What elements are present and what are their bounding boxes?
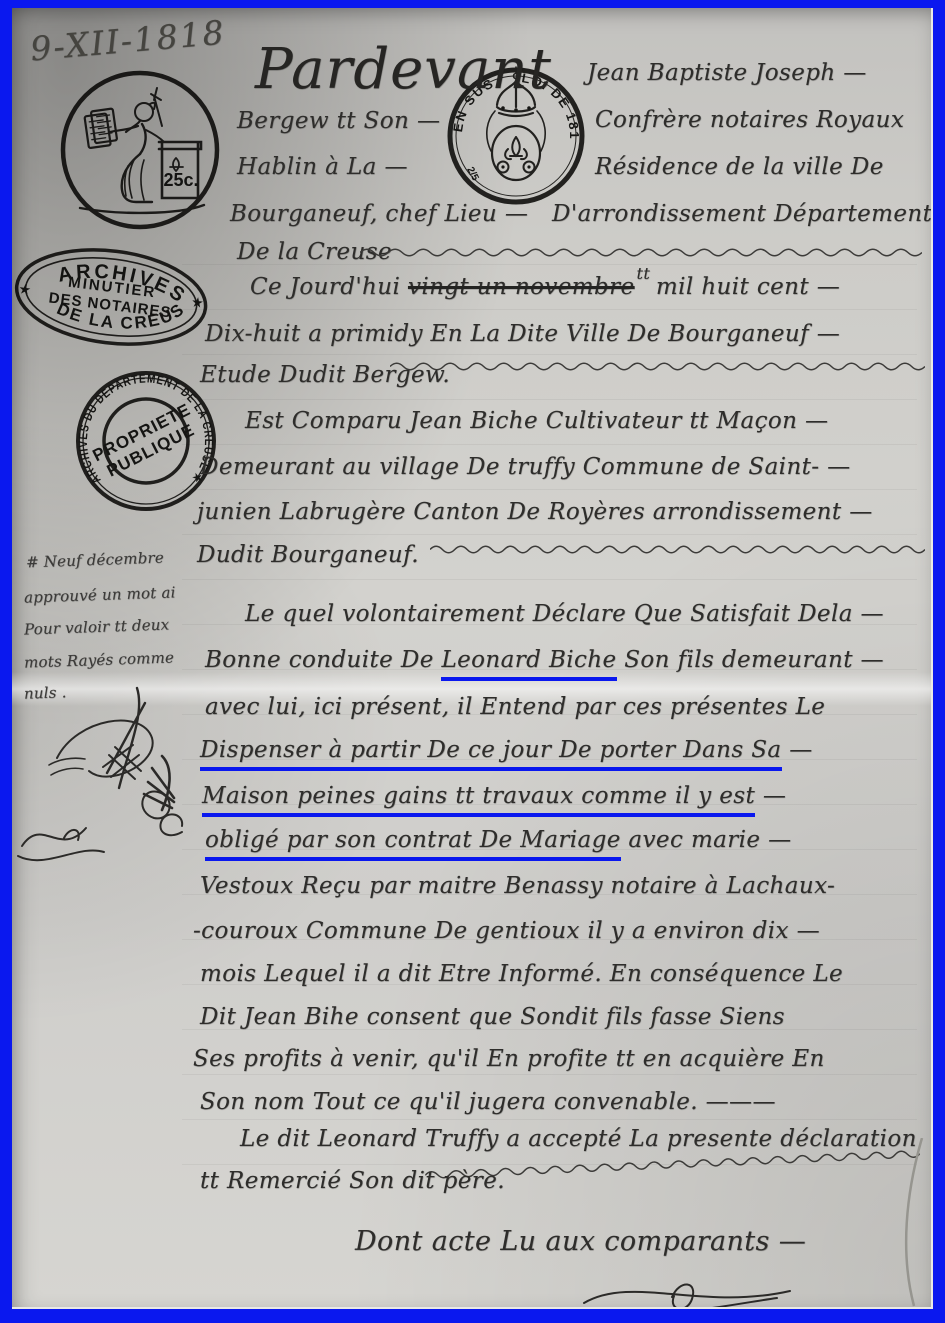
body-line: tt Remercié Son dit père. <box>200 1170 505 1193</box>
body-line: Le dit Leonard Truffy a accepté La prese… <box>240 1128 917 1151</box>
line-post: avec marie — <box>621 827 792 853</box>
timbre-fiscal-stamp: 25c. <box>58 68 222 232</box>
body-line: Demeurant au village De truffy Commune d… <box>200 456 851 479</box>
blue-underlined-name: Leonard Biche <box>441 649 616 681</box>
pencil-guide-lines <box>182 264 917 1176</box>
paper-sheet: 9-XII-1818 25c. EN SUS LOI DE 1816. <box>12 8 933 1309</box>
head-left-line: Hablin à La — <box>237 156 408 179</box>
head-left-line: Bergew tt Son — <box>237 110 440 133</box>
body-line: avec lui, ici présent, il Entend par ces… <box>205 696 825 719</box>
date-line-post: mil huit cent — <box>648 274 840 300</box>
law-tablets <box>84 108 118 148</box>
oval-stamp-star-right: ★ <box>191 295 204 310</box>
signature-flourish <box>572 1263 802 1309</box>
body-line-with-underline: obligé par son contrat De Mariage avec m… <box>205 829 792 861</box>
line-post: — <box>782 737 813 763</box>
line-pre: Bonne conduite De <box>205 647 441 673</box>
margin-note-line: # Neuf décembre <box>26 551 164 571</box>
page-edge-curve <box>892 1138 932 1308</box>
margin-note-line: Pour valoir tt deux <box>24 617 170 637</box>
archives-minutier-oval-stamp: ARCHIVES MINUTIER DES NOTAIRES DE LA CRE… <box>12 228 222 369</box>
filler-squiggle <box>360 246 922 259</box>
body-line-with-underline: Bonne conduite De Leonard Biche Son fils… <box>205 649 884 681</box>
filler-squiggle <box>390 360 925 373</box>
line-post: Son fils demeurant — <box>617 647 884 673</box>
blue-underlined-text: obligé par son contrat De Mariage <box>205 829 621 861</box>
blue-underlined-text: Maison peines gains tt travaux comme il … <box>202 785 755 817</box>
filler-squiggle <box>430 543 925 556</box>
body-line: -couroux Commune De gentioux il y a envi… <box>193 920 820 943</box>
body-line: Dudit Bourganeuf. <box>197 544 419 567</box>
date-line-pre: Ce Jourd'hui <box>250 274 408 300</box>
interline-insert: tt <box>637 264 651 283</box>
timbre-denomination: 25c. <box>163 170 198 190</box>
body-line: Est Comparu Jean Biche Cultivateur tt Ma… <box>245 410 828 433</box>
body-line: Vestoux Reçu par maitre Benassy notaire … <box>200 875 835 898</box>
body-line: Dit Jean Bihe consent que Sondit fils fa… <box>200 1006 785 1029</box>
closing-line: Dont acte Lu aux comparants — <box>355 1228 806 1255</box>
oval-stamp-star-left: ★ <box>19 282 32 297</box>
margin-initials-flourish <box>16 808 111 873</box>
body-line: junien Labrugère Canton De Royères arron… <box>197 501 873 524</box>
scanned-notarial-act-1818: 9-XII-1818 25c. EN SUS LOI DE 1816. <box>0 0 945 1323</box>
blue-underlined-text: Dispenser à partir De ce jour De porter … <box>200 739 782 771</box>
head-right-line: Confrère notaires Royaux <box>595 109 904 132</box>
body-line: Dix-huit a primidy En La Dite Ville De B… <box>205 323 840 346</box>
head-right-line: Jean Baptiste Joseph — <box>587 62 867 85</box>
body-line: Son nom Tout ce qu'il jugera convenable.… <box>200 1091 776 1114</box>
head-right-line: D'arrondissement Département <box>552 203 932 226</box>
head-left-line: Bourganeuf, chef Lieu — <box>230 203 528 226</box>
paraph-flourish <box>124 748 214 858</box>
margin-note-line: approuvé un mot ai <box>24 585 176 605</box>
struck-words: vingt un novembre <box>408 274 635 300</box>
body-line-with-underline: Maison peines gains tt travaux comme il … <box>202 785 786 817</box>
line-post: — <box>755 783 786 809</box>
body-line: Ses profits à venir, qu'il En profite tt… <box>193 1048 825 1071</box>
opening-word: Pardevant <box>255 42 552 98</box>
fleur-de-lis-ornament <box>487 111 545 180</box>
archivist-date-annotation: 9-XII-1818 <box>29 16 227 66</box>
body-line-with-underline: Dispenser à partir De ce jour De porter … <box>200 739 813 771</box>
body-line: Le quel volontairement Déclare Que Satis… <box>245 603 884 626</box>
head-right-line: Résidence de la ville De <box>595 156 884 179</box>
body-line: Etude Dudit Bergew. <box>200 364 450 387</box>
body-line: mois Lequel il a dit Etre Informé. En co… <box>200 963 843 986</box>
date-line: Ce Jourd'hui vingt un novembrett mil hui… <box>250 276 840 299</box>
